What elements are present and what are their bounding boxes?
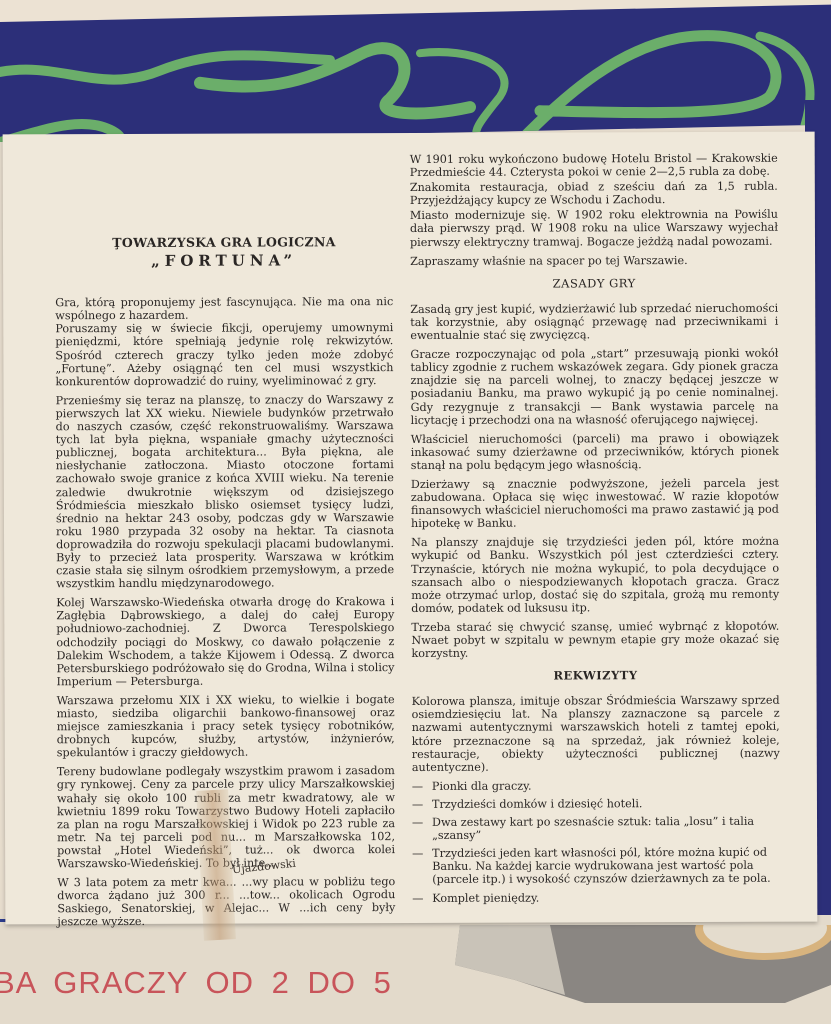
right-column: W 1901 roku wykończono budowę Hotelu Bri… — [410, 152, 781, 910]
players-count-label: BA GRACZY OD 2 DO 5 — [0, 965, 392, 1001]
document-heading: ŢOWARZYSKA GRA LOGICZNA — [55, 235, 393, 249]
props-heading: REKWIZYTY — [411, 669, 779, 683]
history-paragraph: Przenieśmy się teraz na planszę, to znac… — [56, 393, 395, 591]
rules-paragraph: Zasadą gry jest kupić, wydzierżawić lub … — [410, 302, 778, 343]
rules-heading: ZASADY GRY — [410, 276, 778, 290]
ornament-swirls-icon — [0, 5, 831, 142]
rules-paragraph: Właściciel nieruchomości (parceli) ma pr… — [411, 431, 779, 472]
props-list: Pionki dla graczy. Trzydzieści domków i … — [412, 779, 780, 905]
props-list-item: Dwa zestawy kart po szesnaście sztuk: ta… — [412, 815, 780, 842]
instruction-sheet: ŢOWARZYSKA GRA LOGICZNA „FORTUNA” Gra, k… — [3, 132, 818, 925]
document-title: „FORTUNA” — [55, 254, 393, 268]
invitation-paragraph: Zapraszamy właśnie na spacer po tej Wars… — [410, 253, 778, 267]
props-list-item: Komplet pieniędzy. — [412, 890, 780, 904]
box-illustration-icon — [455, 925, 831, 1005]
props-list-item: Trzydzieści domków i dziesięć hoteli. — [412, 797, 780, 811]
restaurant-paragraph: Znakomita restauracja, obiad z sześciu d… — [410, 180, 778, 207]
rules-paragraph: Na planszy znajduje się trzydzieści jede… — [411, 535, 779, 615]
decorative-banner — [0, 5, 831, 142]
intro-paragraph: Gra, którą proponujemy jest fascynująca.… — [55, 295, 393, 322]
rules-paragraph: Gracze rozpoczynając od pola „start” prz… — [410, 347, 778, 427]
railway-paragraph: Kolej Warszawsko-Wiedeńska otwarła drogę… — [56, 595, 394, 688]
intro-paragraph: Poruszamy się w świecie fikcji, operujem… — [55, 321, 393, 388]
city-paragraph: Warszawa przełomu XIX i XX wieku, to wie… — [57, 693, 395, 760]
props-intro: Kolorowa plansza, imituje obszar Śródmie… — [412, 694, 780, 774]
props-list-item: Pionki dla graczy. — [412, 779, 780, 793]
bristol-paragraph: W 1901 roku wykończono budowę Hotelu Bri… — [410, 152, 778, 179]
props-list-item: Trzydzieści jeden kart własności pól, kt… — [412, 846, 780, 887]
modernization-paragraph: Miasto modernizuje się. W 1902 roku elek… — [410, 208, 778, 249]
rules-paragraph: Dzierżawy są znacznie podwyższone, jeżel… — [411, 477, 779, 531]
rules-paragraph: Trzeba starać się chwycić szansę, umieć … — [411, 620, 779, 661]
